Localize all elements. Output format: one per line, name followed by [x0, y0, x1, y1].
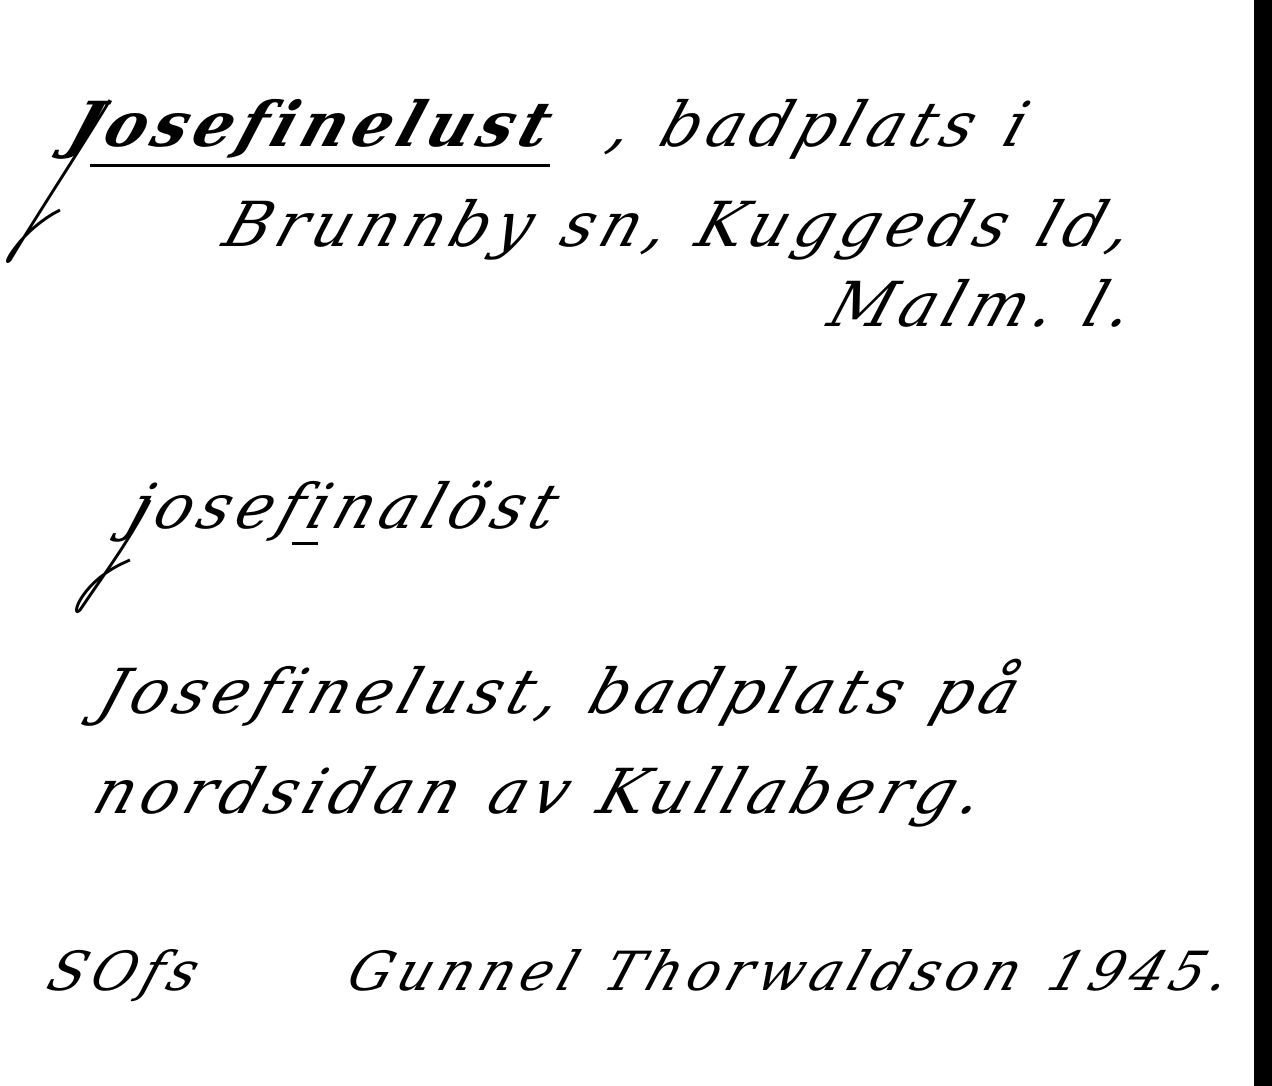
archive-card: Josefinelust , badplats i Brunnby sn, Ku…: [0, 0, 1254, 1086]
headword: Josefinelust: [60, 88, 568, 161]
headword-underline: [90, 164, 550, 167]
source-abbreviation: SOfs: [40, 940, 213, 1003]
phonetic-transcription: josefinalöst: [120, 470, 574, 543]
entry1-county-line: Malm. l.: [820, 268, 1150, 341]
entry1-parish-line: Brunnby sn, Kuggeds ld,: [215, 188, 1149, 261]
collection-year: 1945.: [1040, 940, 1245, 1003]
collector-name: Gunnel Thorwaldson: [340, 940, 1037, 1003]
entry3-line1: Josefinelust, badplats på: [90, 655, 1036, 728]
entry1-line1-rest: , badplats i: [600, 88, 1044, 161]
phonetic-stress-mark: [292, 542, 318, 545]
scan-border: [1254, 0, 1272, 1086]
entry3-line2: nordsidan av Kullaberg.: [85, 755, 1000, 828]
